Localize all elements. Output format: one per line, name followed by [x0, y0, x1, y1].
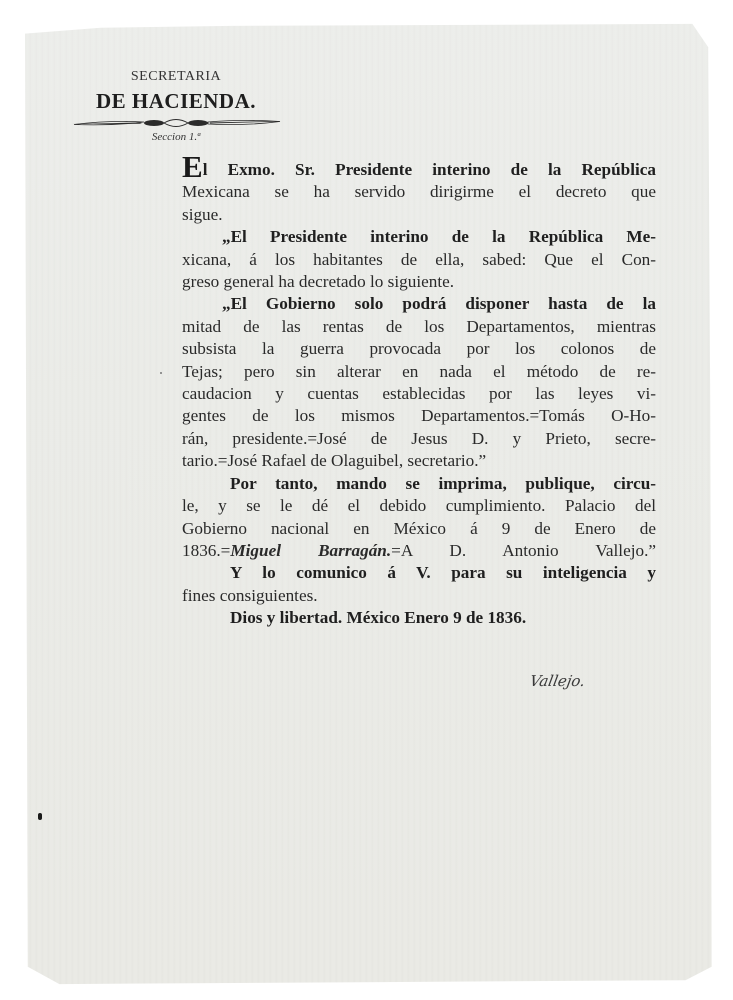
text-line: El Exmo. Sr. Presidente interino de la R…: [182, 157, 656, 181]
text-line: fines consiguientes.: [182, 585, 656, 607]
closing-line: Dios y libertad. México Enero 9 de 1836.: [182, 607, 656, 629]
text-line: tario.=José Rafael de Olaguibel, secreta…: [182, 450, 656, 472]
text-line: Y lo comunico á V. para su inteligencia …: [182, 562, 656, 584]
department-label: SECRETARIA: [70, 68, 282, 86]
decree-text: El Exmo. Sr. Presidente interino de la R…: [182, 157, 656, 630]
text-line: sigue.: [182, 204, 656, 226]
ink-speck: [160, 372, 162, 374]
text-line: mitad de las rentas de los Departamentos…: [182, 316, 656, 338]
text-line: Gobierno nacional en México á 9 de Enero…: [182, 518, 656, 540]
text-line: subsista la guerra provocada por los col…: [182, 338, 656, 360]
letterhead: SECRETARIA DE HACIENDA. Seccion 1.ª: [70, 68, 282, 143]
text-line: greso general ha decretado lo siguiente.: [182, 271, 656, 293]
text-line: Por tanto, mando se imprima, publique, c…: [182, 473, 656, 495]
text-line: 1836.=Miguel Barragán.=A D. Antonio Vall…: [182, 540, 656, 562]
signature: Vallejo.: [528, 672, 586, 690]
department-title: DE HACIENDA.: [70, 88, 282, 114]
ornamental-rule-icon: [70, 116, 282, 130]
text-line: caudacion y cuentas establecidas por las…: [182, 383, 656, 405]
drop-cap: E: [182, 149, 203, 184]
text-line: Mexicana se ha servido dirigirme el decr…: [182, 181, 656, 203]
text-line: xicana, á los habitantes de ella, sabed:…: [182, 249, 656, 271]
text-line: le, y se le dé el debido cumplimiento. P…: [182, 495, 656, 517]
text-line: „El Presidente interino de la República …: [182, 226, 656, 248]
text-line: gentes de los mismos Departamentos.=Tomá…: [182, 405, 656, 427]
ink-speck: [38, 813, 42, 820]
section-number: Seccion 1.ª: [70, 131, 282, 143]
text-line: „El Gobierno solo podrá disponer hasta d…: [182, 293, 656, 315]
text-line: rán, presidente.=José de Jesus D. y Prie…: [182, 428, 656, 450]
text-line: Tejas; pero sin alterar en nada el métod…: [182, 361, 656, 383]
signatory-name: Miguel Barragán.: [230, 541, 391, 560]
